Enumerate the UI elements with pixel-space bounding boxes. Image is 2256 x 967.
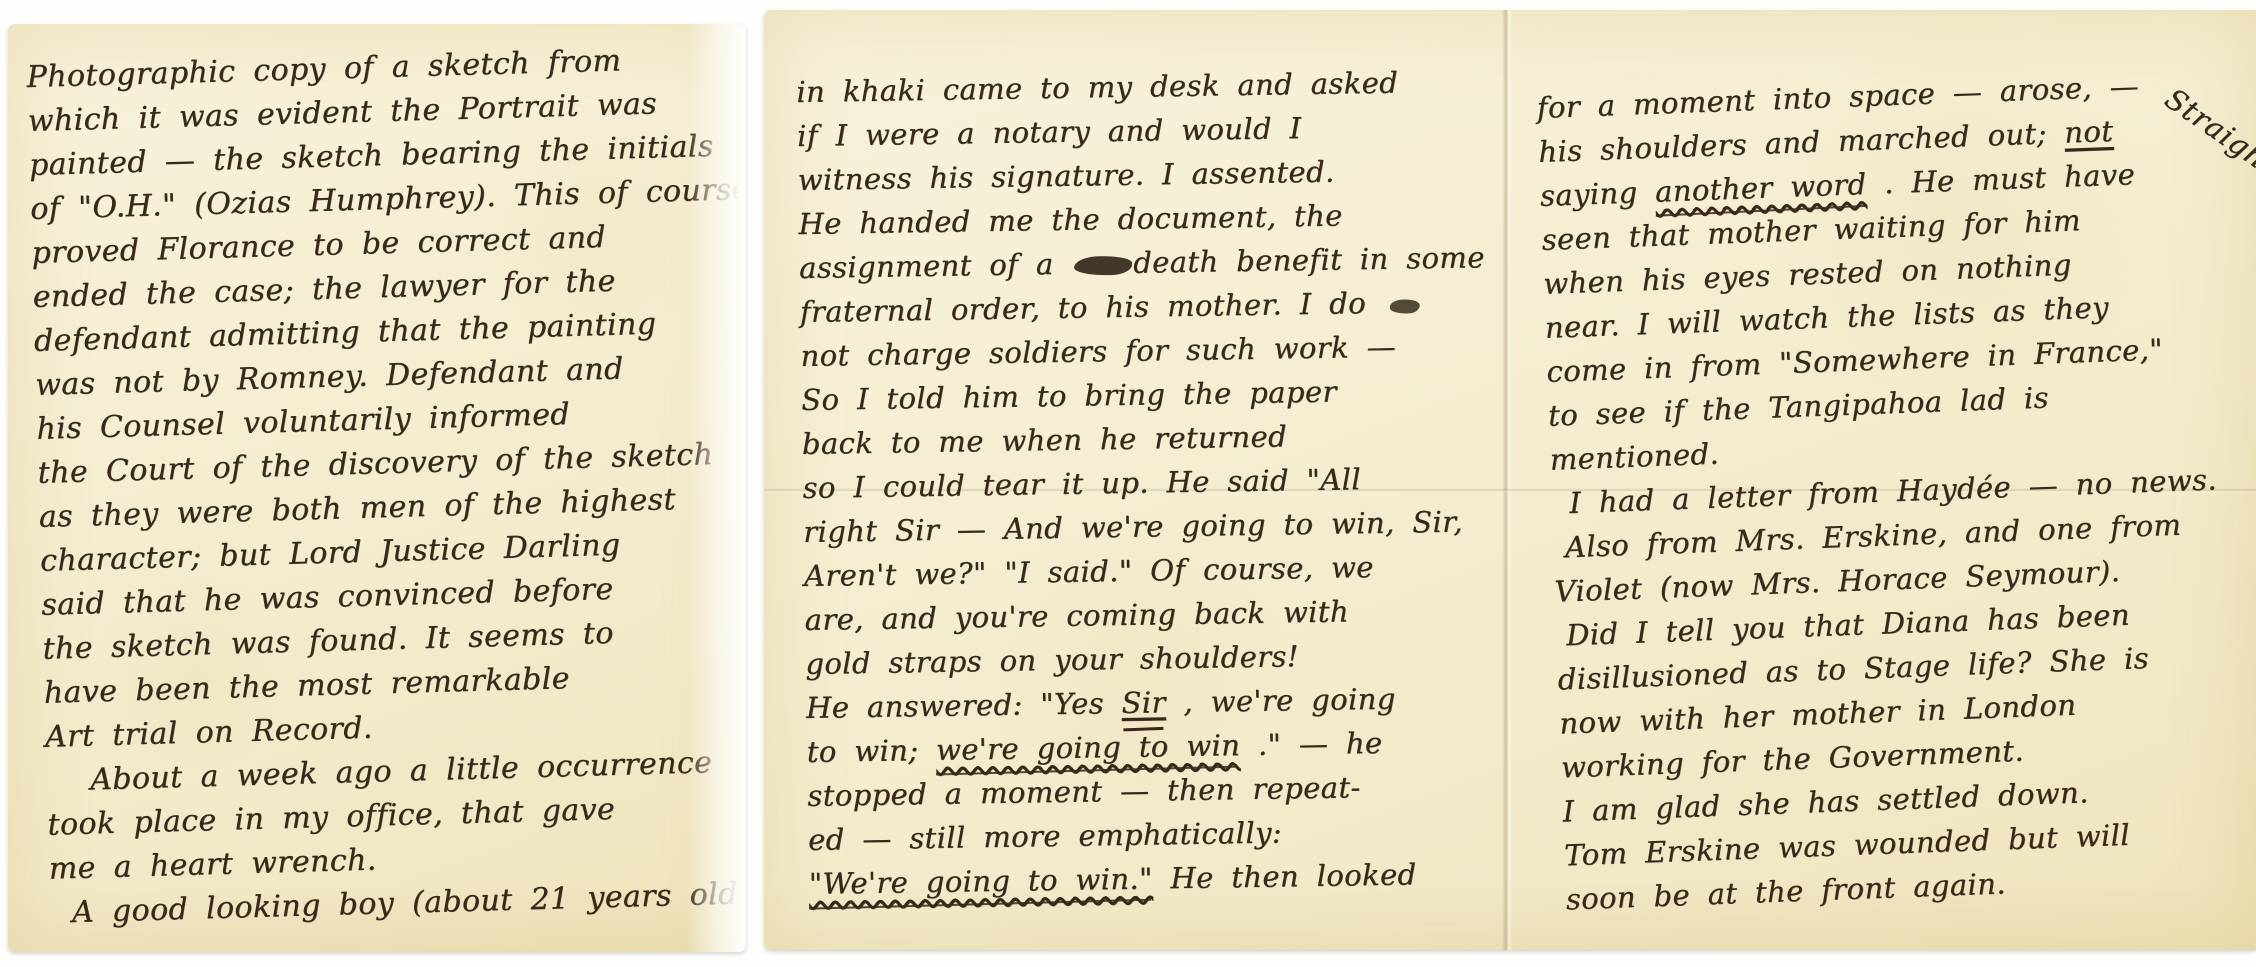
handwriting-segment: saying xyxy=(1539,175,1655,213)
handwriting-segment: ed — still more emphatically: xyxy=(808,815,1282,856)
handwriting-segment: me a heart wrench. xyxy=(48,843,377,887)
page-2-text: in khaki came to my desk and askedif I w… xyxy=(796,59,1509,906)
page-3-text: for a moment into space — arose, — Strai… xyxy=(1536,60,2256,922)
handwriting-segment: assignment of a xyxy=(799,247,1054,285)
handwriting-segment: if I were a notary and would I xyxy=(797,111,1302,153)
handwriting-segment: Art trial on Record. xyxy=(45,711,374,755)
handwriting-segment: witness his signature. I assented. xyxy=(797,155,1334,197)
letter-sheet-pages-2-3: in khaki came to my desk and askedif I w… xyxy=(764,10,2256,950)
handwriting-segment: He then looked xyxy=(1170,857,1417,895)
scribbled-out-word xyxy=(1390,299,1420,313)
handwriting-segment: in khaki came to my desk and asked xyxy=(796,66,1398,109)
handwriting-segment: death benefit in some xyxy=(1133,240,1485,280)
emphasized-phrase: another word xyxy=(1654,167,1867,209)
letter-page-1: Photographic copy of a sketch fromwhich … xyxy=(8,24,746,952)
emphasized-phrase: we're going to win xyxy=(936,728,1241,767)
emphasized-phrase: "We're going to win." xyxy=(809,861,1153,900)
handwriting-segment: . He must have xyxy=(1883,157,2135,200)
handwriting-segment: right Sir — And we're going to win, Sir, xyxy=(803,505,1463,549)
handwriting-segment: He answered: "Yes xyxy=(806,686,1122,725)
handwriting-segment: not charge soldiers for such work — xyxy=(800,330,1396,373)
handwriting-segment: so I could tear it up. He said "All xyxy=(802,462,1361,505)
handwriting-segment: , we're going xyxy=(1183,682,1396,719)
handwriting-segment: fraternal order, to his mother. I do xyxy=(800,286,1367,329)
handwriting-segment: mentioned. xyxy=(1549,437,1719,477)
underlined-word: Sir xyxy=(1121,685,1166,720)
handwriting-segment: He handed me the document, the xyxy=(798,198,1343,241)
handwriting-segment: Aren't we?" "I said." Of course, we xyxy=(804,550,1374,593)
scribbled-out-word xyxy=(1074,256,1132,276)
letter-scan: { "document": { "type": "handwritten-let… xyxy=(0,0,2256,967)
handwriting-segment: are, and you're coming back with xyxy=(804,594,1349,637)
handwriting-segment: stopped a moment — then repeat- xyxy=(807,770,1361,813)
page-1-text: Photographic copy of a sketch fromwhich … xyxy=(26,36,746,936)
handwriting-segment: So I told him to bring the paper xyxy=(801,375,1337,417)
handwriting-segment: to win; xyxy=(806,733,936,769)
handwriting-segment: gold straps on your shoulders! xyxy=(805,639,1299,681)
handwriting-segment: ." — he xyxy=(1258,726,1383,762)
underlined-word: not xyxy=(2064,114,2114,150)
handwriting-segment: back to me when he returned xyxy=(802,419,1288,461)
